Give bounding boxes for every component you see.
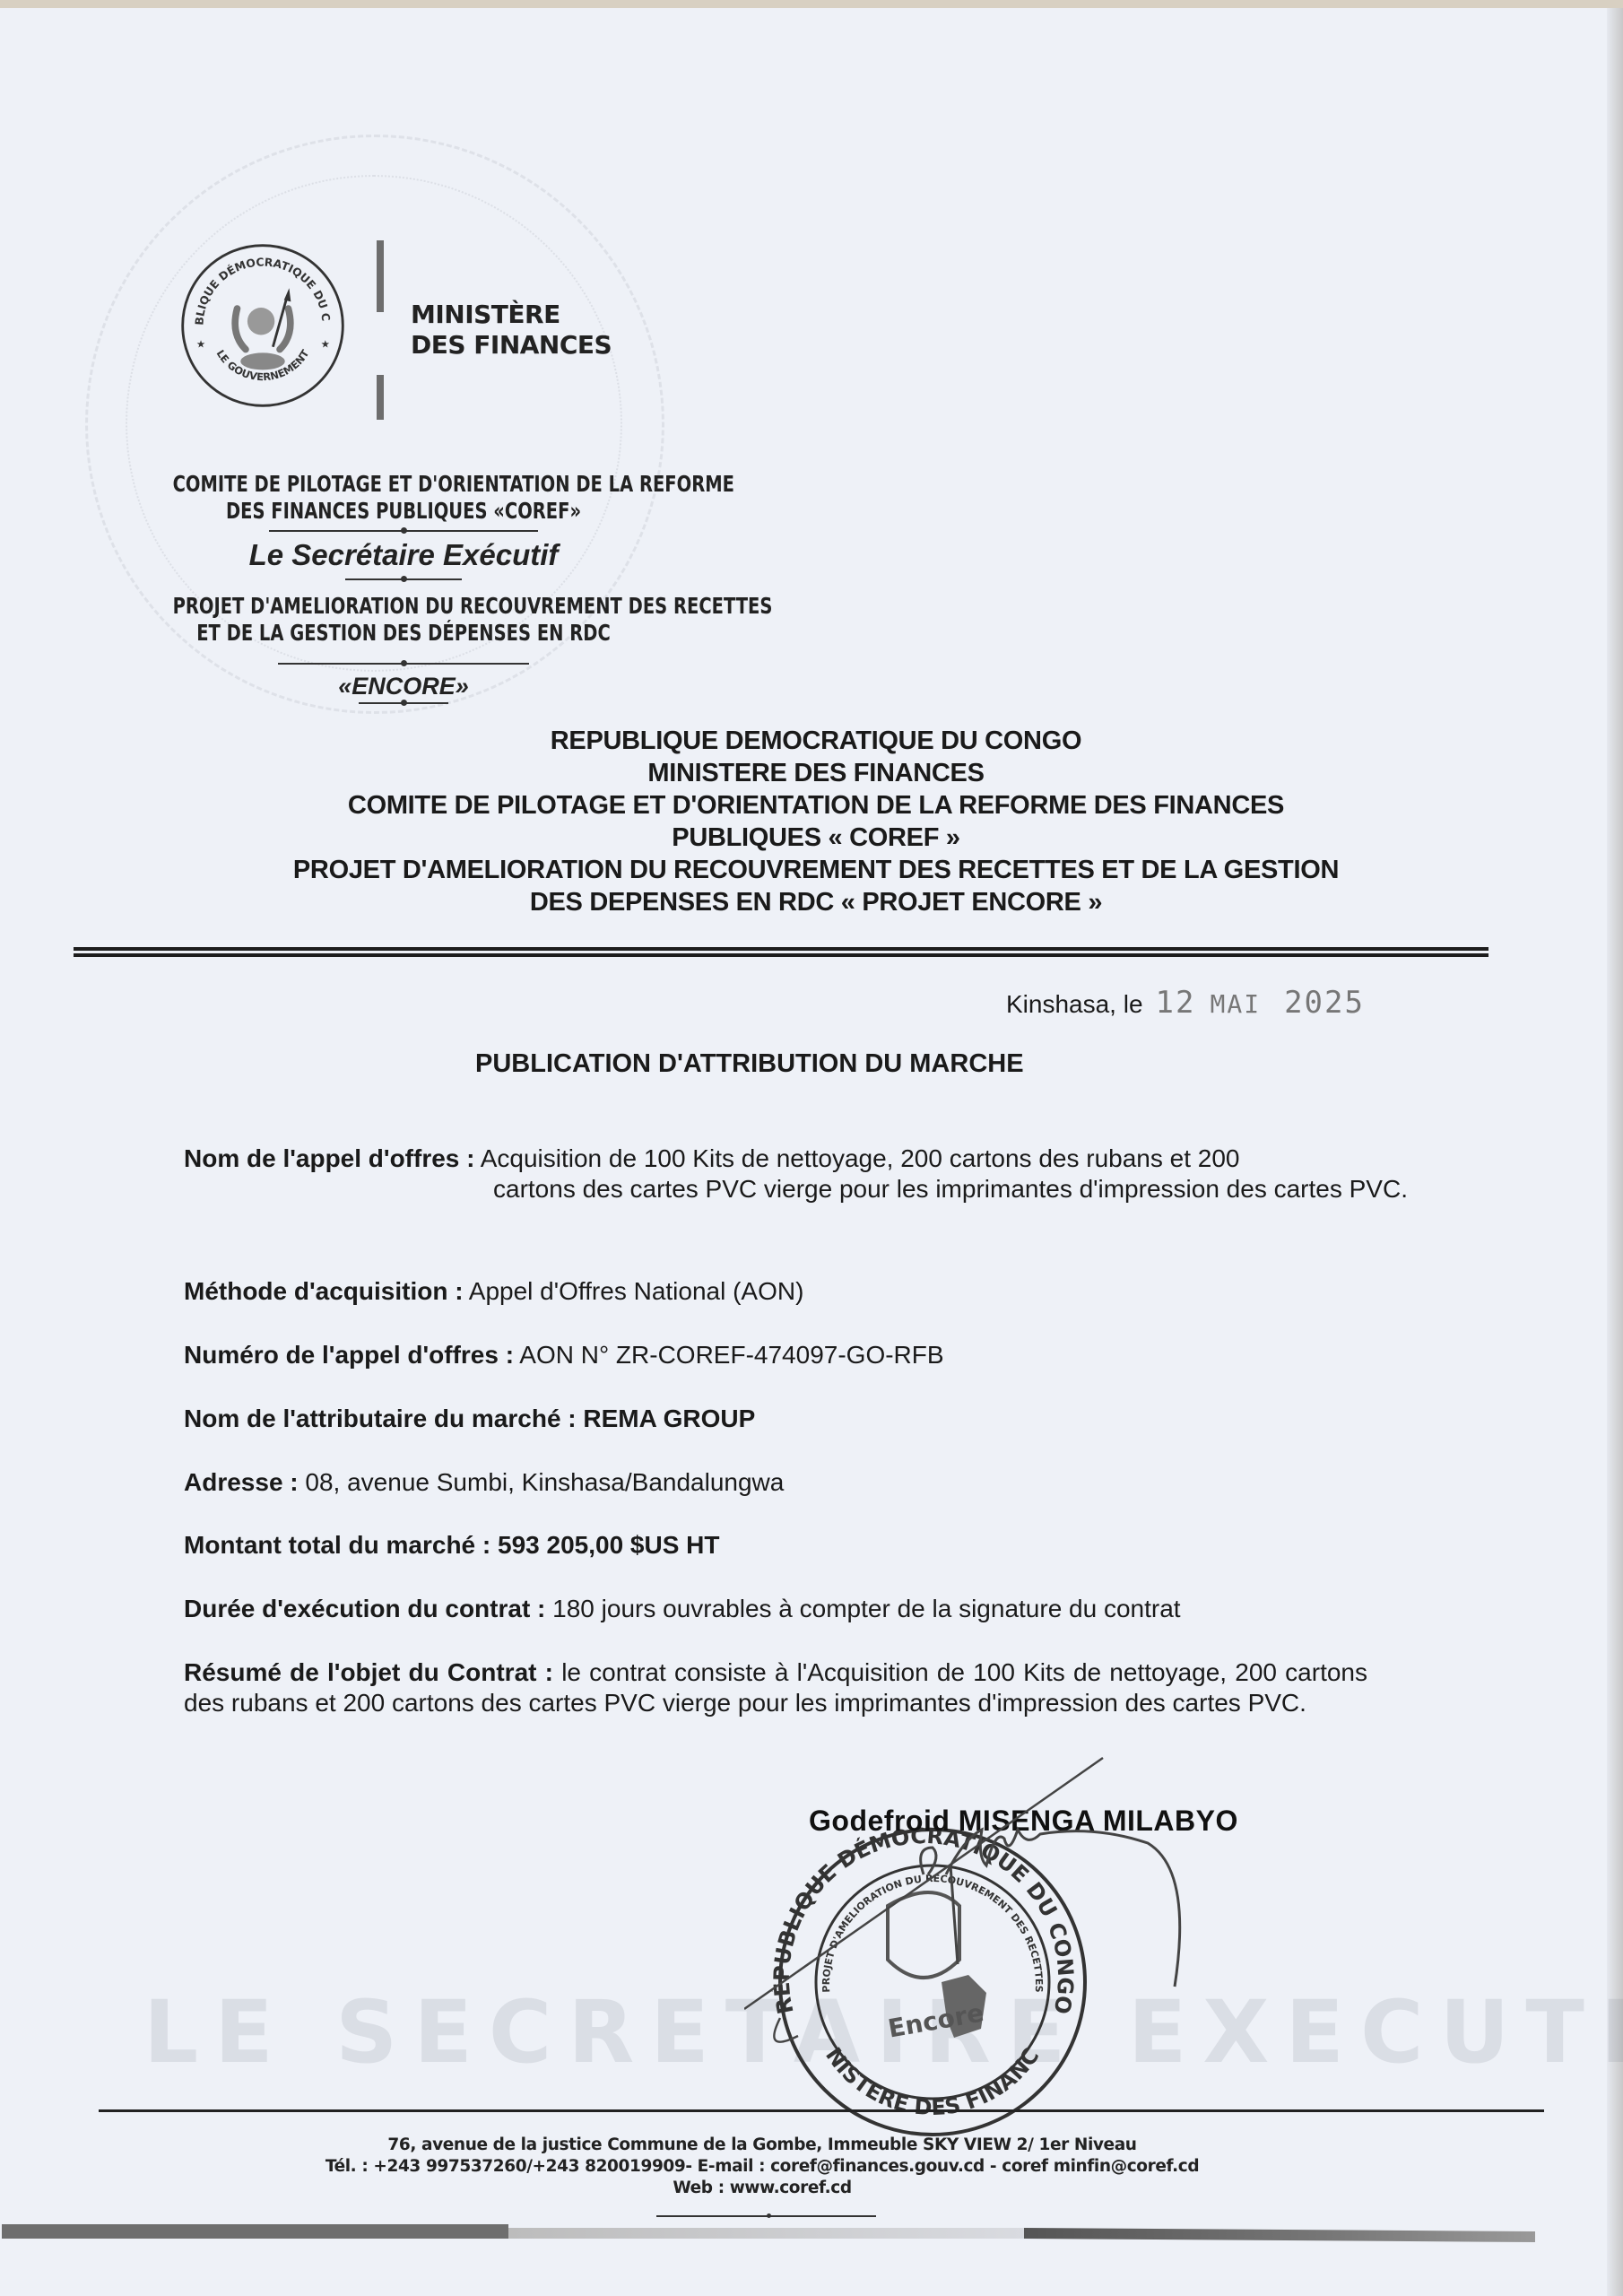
- coref-line-2: DES FINANCES PUBLIQUES «COREF»: [173, 498, 635, 525]
- ornament-divider: [345, 578, 462, 580]
- field-methode-acquisition: Méthode d'acquisition : Appel d'Offres N…: [184, 1276, 803, 1307]
- field-numero-appel-offres: Numéro de l'appel d'offres : AON N° ZR-C…: [184, 1340, 944, 1370]
- encore-brand: «ENCORE»: [108, 672, 699, 700]
- footer-rule: [99, 2109, 1544, 2112]
- scan-right-edge: [1607, 8, 1623, 2296]
- secretaire-executif-title: Le Secrétaire Exécutif: [108, 537, 699, 573]
- footer-band-middle: [508, 2228, 1024, 2239]
- ornament-divider: [278, 663, 529, 665]
- field-attributaire: Nom de l'attributaire du marché : REMA G…: [184, 1404, 755, 1434]
- date-line: Kinshasa, le12MAI2025: [1006, 985, 1365, 1021]
- footer-contact-line: Tél. : +243 997537260/+243 820019909- E-…: [269, 2156, 1255, 2178]
- double-rule-divider: [74, 947, 1488, 958]
- document-heading: REPUBLIQUE DEMOCRATIQUE DU CONGO MINISTE…: [143, 725, 1488, 918]
- ornament-divider: [359, 702, 448, 704]
- date-stamp: 12MAI2025: [1156, 985, 1365, 1021]
- coref-line-1: COMITE DE PILOTAGE ET D'ORIENTATION DE L…: [173, 471, 635, 498]
- footer-address: 76, avenue de la justice Commune de la G…: [269, 2135, 1255, 2156]
- field-nom-appel-offres: Nom de l'appel d'offres : Acquisition de…: [184, 1144, 1376, 1205]
- svg-text:★: ★: [321, 340, 330, 351]
- coref-letterhead: COMITE DE PILOTAGE ET D'ORIENTATION DE L…: [108, 471, 699, 709]
- field-duree-execution: Durée d'exécution du contrat : 180 jours…: [184, 1594, 1181, 1624]
- svg-text:★: ★: [196, 340, 205, 351]
- government-seal-icon: RÉPUBLIQUE DÉMOCRATIQUE DU CONGO LE GOUV…: [178, 240, 348, 411]
- ornament-divider: [269, 530, 538, 532]
- field-montant-total: Montant total du marché : 593 205,00 $US…: [184, 1530, 720, 1561]
- footer-ornament: [656, 2215, 876, 2217]
- projet-line-2: ET DE LA GESTION DES DÉPENSES EN RDC: [173, 620, 635, 647]
- field-adresse: Adresse : 08, avenue Sumbi, Kinshasa/Ban…: [184, 1467, 784, 1498]
- field-resume-objet: Résumé de l'objet du Contrat : le contra…: [184, 1657, 1367, 1718]
- projet-line-1: PROJET D'AMELIORATION DU RECOUVREMENT DE…: [173, 593, 635, 620]
- ministry-divider-bar: [377, 240, 384, 420]
- ministry-title: MINISTÈRE DES FINANCES: [411, 300, 612, 361]
- footer-band-left: [2, 2224, 508, 2239]
- handwritten-signature: [744, 1740, 1318, 2063]
- document-title: PUBLICATION D'ATTRIBUTION DU MARCHE: [475, 1049, 1024, 1079]
- footer-contact: 76, avenue de la justice Commune de la G…: [269, 2135, 1255, 2199]
- footer-band-right: [1024, 2228, 1535, 2242]
- scan-top-edge: [0, 0, 1623, 8]
- footer-web: Web : www.coref.cd: [269, 2178, 1255, 2199]
